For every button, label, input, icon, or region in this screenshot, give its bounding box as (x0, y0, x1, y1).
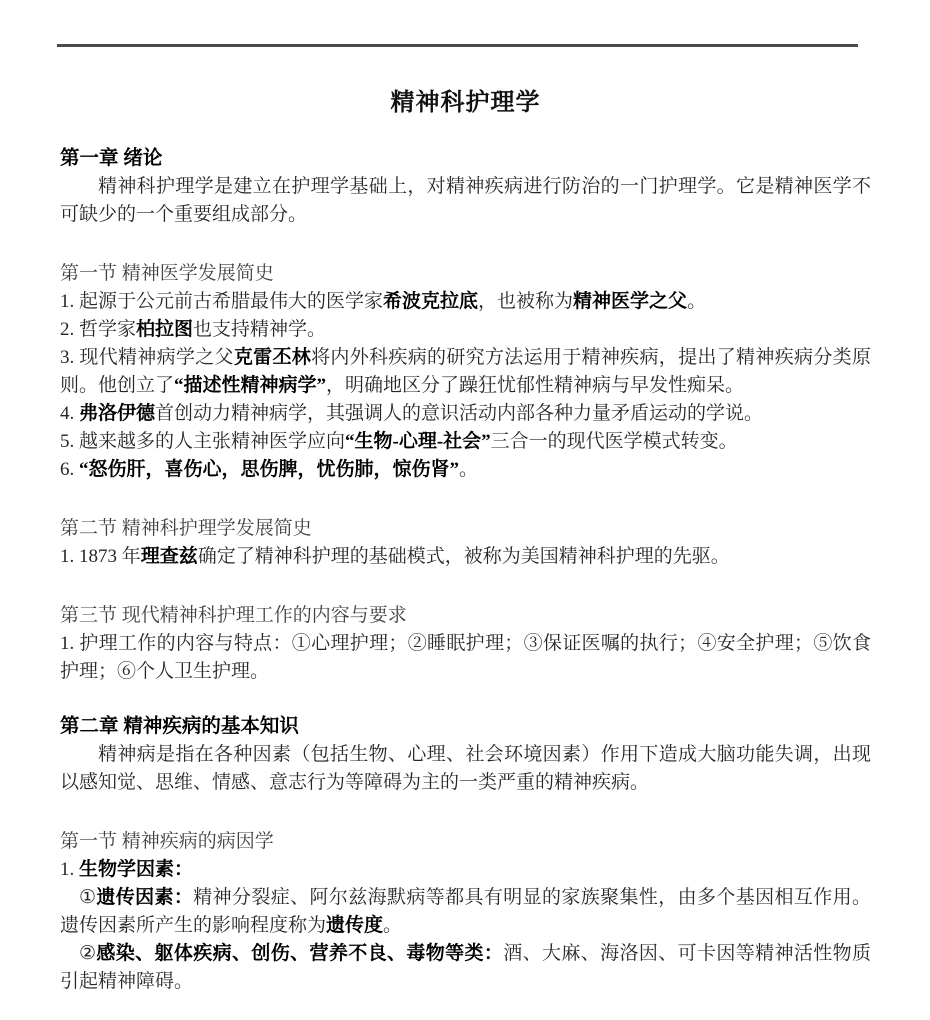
text-run: 精神科护理学是建立在护理学基础上，对精神疾病进行防治的一门护理学。它是精神医学不… (60, 176, 871, 225)
document-body: 第一章 绪论精神科护理学是建立在护理学基础上，对精神疾病进行防治的一门护理学。它… (60, 145, 871, 996)
text-run: 首创动力精神病学，其强调人的意识活动内部各种力量矛盾运动的学说。 (155, 403, 763, 424)
paragraph-subitem: ①遗传因素：精神分裂症、阿尔兹海默病等都具有明显的家族聚集性，由多个基因相互作用… (60, 884, 871, 940)
text-run: 第三节 现代精神科护理工作的内容与要求 (60, 605, 407, 626)
text-run: 精神病是指在各种因素（包括生物、心理、社会环境因素）作用下造成大脑功能失调，出现… (60, 744, 871, 793)
bold-term: 理查兹 (141, 546, 198, 567)
text-run: 。 (383, 915, 402, 936)
text-run: 1. 护理工作的内容与特点：①心理护理；②睡眠护理；③保证医嘱的执行；④安全护理… (60, 633, 871, 682)
text-run: 也支持精神学。 (193, 319, 326, 340)
text-run: ① (79, 887, 96, 908)
bold-term: 柏拉图 (136, 319, 193, 340)
section-heading: 第一节 精神疾病的病因学 (60, 828, 871, 856)
paragraph: 1. 1873 年理查兹确定了精神科护理的基础模式，被称为美国精神科护理的先驱。 (60, 543, 871, 571)
text-run: 3. 现代精神病学之父 (60, 347, 234, 368)
text-run: 4. (60, 403, 79, 424)
text-run: 1. (60, 859, 79, 880)
text-run: 三合一的现代医学模式转变。 (491, 431, 738, 452)
section-heading: 第二节 精神科护理学发展简史 (60, 515, 871, 543)
text-run: 确定了精神科护理的基础模式，被称为美国精神科护理的先驱。 (198, 546, 730, 567)
page-title: 精神科护理学 (60, 0, 871, 118)
document-page: 精神科护理学 第一章 绪论精神科护理学是建立在护理学基础上，对精神疾病进行防治的… (0, 0, 930, 1020)
text-run: 2. 哲学家 (60, 319, 136, 340)
paragraph-indented: 精神科护理学是建立在护理学基础上，对精神疾病进行防治的一门护理学。它是精神医学不… (60, 173, 871, 229)
paragraph: 1. 生物学因素： (60, 856, 871, 884)
bold-term: 遗传因素： (96, 887, 193, 908)
text-run: 1. 1873 年 (60, 546, 141, 567)
bold-term: 精神医学之父 (573, 291, 687, 312)
paragraph: 4. 弗洛伊德首创动力精神病学，其强调人的意识活动内部各种力量矛盾运动的学说。 (60, 400, 871, 428)
text-run: ② (79, 943, 96, 964)
bold-term: 希波克拉底 (383, 291, 478, 312)
text-run: 。 (687, 291, 706, 312)
bold-term: 感染、躯体疾病、创伤、营养不良、毒物等类： (96, 943, 503, 964)
text-run: 第二节 精神科护理学发展简史 (60, 518, 312, 539)
bold-term: “生物-心理-社会” (345, 431, 491, 452)
paragraph-subitem: ②感染、躯体疾病、创伤、营养不良、毒物等类：酒、大麻、海洛因、可卡因等精神活性物… (60, 940, 871, 996)
chapter-heading: 第二章 精神疾病的基本知识 (60, 713, 871, 741)
bold-term: 遗传度 (326, 915, 383, 936)
paragraph: 3. 现代精神病学之父克雷丕林将内外科疾病的研究方法运用于精神疾病，提出了精神疾… (60, 344, 871, 400)
bold-term: “怒伤肝，喜伤心，思伤脾，忧伤肺，惊伤肾” (79, 459, 459, 480)
text-run: 。 (459, 459, 478, 480)
section-heading: 第三节 现代精神科护理工作的内容与要求 (60, 602, 871, 630)
text-run: 1. 起源于公元前古希腊最伟大的医学家 (60, 291, 383, 312)
paragraph: 1. 护理工作的内容与特点：①心理护理；②睡眠护理；③保证医嘱的执行；④安全护理… (60, 630, 871, 686)
bold-term: 第一章 绪论 (60, 148, 162, 169)
bold-term: 第二章 精神疾病的基本知识 (60, 716, 299, 737)
paragraph: 6. “怒伤肝，喜伤心，思伤脾，忧伤肺，惊伤肾”。 (60, 456, 871, 484)
paragraph: 2. 哲学家柏拉图也支持精神学。 (60, 316, 871, 344)
text-run: 6. (60, 459, 79, 480)
paragraph: 5. 越来越多的人主张精神医学应向“生物-心理-社会”三合一的现代医学模式转变。 (60, 428, 871, 456)
bold-term: 克雷丕林 (234, 347, 311, 368)
text-run: 第一节 精神疾病的病因学 (60, 831, 274, 852)
chapter-heading: 第一章 绪论 (60, 145, 871, 173)
bold-term: 弗洛伊德 (79, 403, 155, 424)
paragraph: 1. 起源于公元前古希腊最伟大的医学家希波克拉底，也被称为精神医学之父。 (60, 288, 871, 316)
text-run: 5. 越来越多的人主张精神医学应向 (60, 431, 345, 452)
text-run: 第一节 精神医学发展简史 (60, 263, 274, 284)
header-rule (57, 44, 858, 47)
text-run: ，明确地区分了躁狂忧郁性精神病与早发性痴呆。 (326, 375, 744, 396)
section-heading: 第一节 精神医学发展简史 (60, 260, 871, 288)
bold-term: 生物学因素： (79, 859, 193, 880)
text-run: ，也被称为 (478, 291, 573, 312)
bold-term: “描述性精神病学” (174, 375, 326, 396)
paragraph-indented: 精神病是指在各种因素（包括生物、心理、社会环境因素）作用下造成大脑功能失调，出现… (60, 741, 871, 797)
